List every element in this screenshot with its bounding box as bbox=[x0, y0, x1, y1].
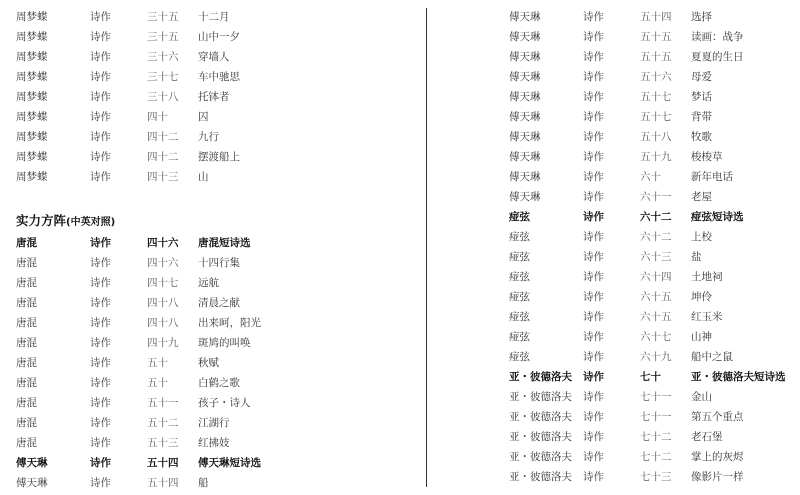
author-name: 傅天琳 bbox=[509, 187, 541, 207]
page-number: 五十一 bbox=[147, 393, 179, 413]
toc-entry: 亚・彼德洛夫诗作七十一第五个重点 bbox=[509, 407, 800, 427]
toc-entry: 痖弦诗作六十七山神 bbox=[509, 327, 800, 347]
toc-entry: 唐混诗作五十白鹤之歌 bbox=[16, 373, 416, 393]
page-number: 五十六 bbox=[640, 67, 672, 87]
entry-type: 诗作 bbox=[90, 293, 111, 313]
entry-title: 金山 bbox=[691, 387, 712, 407]
toc-entry: 痖弦诗作六十五坤伶 bbox=[509, 287, 800, 307]
toc-entry: 周梦蝶诗作四十二九行 bbox=[16, 127, 416, 147]
toc-entry: 唐混诗作四十八清晨之献 bbox=[16, 293, 416, 313]
page-number: 六十一 bbox=[640, 187, 672, 207]
entry-type: 诗作 bbox=[583, 307, 604, 327]
entry-title: 老石堡 bbox=[691, 427, 723, 447]
entry-type: 诗作 bbox=[90, 233, 111, 253]
page-number: 五十三 bbox=[147, 433, 179, 453]
toc-entry: 唐混诗作四十九斑鸠的叫唤 bbox=[16, 333, 416, 353]
entry-type: 诗作 bbox=[90, 253, 111, 273]
entry-type: 诗作 bbox=[583, 287, 604, 307]
toc-entry: 傅天琳诗作五十五夏夏的生日 bbox=[509, 47, 800, 67]
entry-type: 诗作 bbox=[583, 27, 604, 47]
page-number: 五十四 bbox=[147, 453, 179, 473]
entry-title: 江湖行 bbox=[198, 413, 230, 433]
entry-title: 上校 bbox=[691, 227, 712, 247]
toc-entry: 傅天琳诗作五十四选择 bbox=[509, 7, 800, 27]
page-number: 四十 bbox=[147, 107, 168, 127]
author-name: 周梦蝶 bbox=[16, 67, 48, 87]
toc-entry: 痖弦诗作六十五红玉米 bbox=[509, 307, 800, 327]
author-name: 唐混 bbox=[16, 353, 37, 373]
entry-type: 诗作 bbox=[583, 247, 604, 267]
entry-type: 诗作 bbox=[90, 413, 111, 433]
entry-type: 诗作 bbox=[583, 427, 604, 447]
entry-type: 诗作 bbox=[90, 127, 111, 147]
toc-group-strength-lineup: 唐混诗作四十六唐混短诗选唐混诗作四十六十四行集唐混诗作四十七远航唐混诗作四十八清… bbox=[16, 233, 416, 493]
entry-type: 诗作 bbox=[583, 407, 604, 427]
author-name: 唐混 bbox=[16, 253, 37, 273]
entry-title: 山神 bbox=[691, 327, 712, 347]
entry-title: 船 bbox=[198, 473, 209, 493]
page-number: 七十一 bbox=[640, 387, 672, 407]
author-name: 周梦蝶 bbox=[16, 47, 48, 67]
page-number: 六十三 bbox=[640, 247, 672, 267]
entry-type: 诗作 bbox=[90, 473, 111, 493]
section-heading: 实力方阵(中英对照) bbox=[16, 207, 416, 233]
toc-entry: 傅天琳诗作五十六母爱 bbox=[509, 67, 800, 87]
section-subtitle: (中英对照) bbox=[66, 217, 115, 228]
toc-entry: 周梦蝶诗作三十五十二月 bbox=[16, 7, 416, 27]
entry-title: 摆渡船上 bbox=[198, 147, 240, 167]
author-name: 唐混 bbox=[16, 273, 37, 293]
entry-title: 远航 bbox=[198, 273, 219, 293]
author-name: 亚・彼德洛夫 bbox=[509, 407, 572, 427]
author-name: 唐混 bbox=[16, 393, 37, 413]
toc-entry: 傅天琳诗作五十九梭梭草 bbox=[509, 147, 800, 167]
entry-title: 孩子・诗人 bbox=[198, 393, 251, 413]
entry-title: 痖弦短诗选 bbox=[691, 207, 744, 227]
toc-entry: 周梦蝶诗作三十八托钵者 bbox=[16, 87, 416, 107]
toc-entry: 亚・彼德洛夫诗作七十二掌上的灰烬 bbox=[509, 447, 800, 467]
entry-title: 船中之鼠 bbox=[691, 347, 733, 367]
author-name: 傅天琳 bbox=[509, 7, 541, 27]
entry-title: 山 bbox=[198, 167, 209, 187]
entry-type: 诗作 bbox=[90, 107, 111, 127]
entry-type: 诗作 bbox=[90, 373, 111, 393]
page-number: 五十四 bbox=[147, 473, 179, 493]
page-number: 五十 bbox=[147, 353, 168, 373]
entry-title: 车中驰思 bbox=[198, 67, 240, 87]
toc-entry-section-header: 傅天琳诗作五十四傅天琳短诗选 bbox=[16, 453, 416, 473]
toc-entry: 唐混诗作五十三红拂妓 bbox=[16, 433, 416, 453]
entry-type: 诗作 bbox=[583, 107, 604, 127]
entry-type: 诗作 bbox=[90, 167, 111, 187]
entry-title: 第五个重点 bbox=[691, 407, 744, 427]
page-number: 六十五 bbox=[640, 307, 672, 327]
entry-title: 新年电话 bbox=[691, 167, 733, 187]
page-number: 五十五 bbox=[640, 47, 672, 67]
entry-type: 诗作 bbox=[90, 333, 111, 353]
entry-title: 老屋 bbox=[691, 187, 712, 207]
toc-entry: 傅天琳诗作五十四船 bbox=[16, 473, 416, 493]
toc-entry: 周梦蝶诗作三十七车中驰思 bbox=[16, 67, 416, 87]
author-name: 痖弦 bbox=[509, 347, 530, 367]
entry-title: 十四行集 bbox=[198, 253, 240, 273]
entry-type: 诗作 bbox=[90, 147, 111, 167]
toc-entry: 傅天琳诗作六十一老屋 bbox=[509, 187, 800, 207]
toc-entry: 周梦蝶诗作三十五山中一夕 bbox=[16, 27, 416, 47]
author-name: 唐混 bbox=[16, 413, 37, 433]
page-number: 五十七 bbox=[640, 87, 672, 107]
author-name: 周梦蝶 bbox=[16, 127, 48, 147]
toc-entry: 痖弦诗作六十九船中之鼠 bbox=[509, 347, 800, 367]
toc-entry: 唐混诗作四十七远航 bbox=[16, 273, 416, 293]
author-name: 傅天琳 bbox=[509, 27, 541, 47]
entry-type: 诗作 bbox=[90, 273, 111, 293]
entry-type: 诗作 bbox=[90, 313, 111, 333]
author-name: 傅天琳 bbox=[16, 473, 48, 493]
entry-type: 诗作 bbox=[90, 433, 111, 453]
entry-title: 盐 bbox=[691, 247, 702, 267]
author-name: 傅天琳 bbox=[509, 47, 541, 67]
toc-entry: 周梦蝶诗作四十三山 bbox=[16, 167, 416, 187]
entry-title: 背带 bbox=[691, 107, 712, 127]
entry-title: 十二月 bbox=[198, 7, 230, 27]
toc-group-right: 傅天琳诗作五十四选择傅天琳诗作五十五读画：战争傅天琳诗作五十五夏夏的生日傅天琳诗… bbox=[509, 7, 800, 487]
author-name: 唐混 bbox=[16, 433, 37, 453]
section-title: 实力方阵 bbox=[16, 213, 66, 228]
entry-title: 唐混短诗选 bbox=[198, 233, 251, 253]
left-column: 周梦蝶诗作三十五十二月周梦蝶诗作三十五山中一夕周梦蝶诗作三十六穿墙人周梦蝶诗作三… bbox=[16, 7, 416, 493]
toc-entry: 亚・彼德洛夫诗作七十一金山 bbox=[509, 387, 800, 407]
toc-entry: 亚・彼德洛夫诗作七十二老石堡 bbox=[509, 427, 800, 447]
author-name: 周梦蝶 bbox=[16, 27, 48, 47]
entry-title: 红拂妓 bbox=[198, 433, 230, 453]
entry-type: 诗作 bbox=[583, 147, 604, 167]
entry-title: 夏夏的生日 bbox=[691, 47, 744, 67]
page-number: 四十六 bbox=[147, 253, 179, 273]
entry-type: 诗作 bbox=[90, 353, 111, 373]
spacer bbox=[16, 187, 416, 207]
page-number: 六十二 bbox=[640, 207, 672, 227]
entry-type: 诗作 bbox=[583, 267, 604, 287]
author-name: 亚・彼德洛夫 bbox=[509, 387, 572, 407]
entry-title: 清晨之献 bbox=[198, 293, 240, 313]
entry-type: 诗作 bbox=[583, 387, 604, 407]
author-name: 周梦蝶 bbox=[16, 147, 48, 167]
entry-type: 诗作 bbox=[583, 347, 604, 367]
page-number: 五十四 bbox=[640, 7, 672, 27]
toc-entry: 傅天琳诗作五十七背带 bbox=[509, 107, 800, 127]
entry-title: 梭梭草 bbox=[691, 147, 723, 167]
entry-type: 诗作 bbox=[583, 47, 604, 67]
toc-entry: 傅天琳诗作五十五读画：战争 bbox=[509, 27, 800, 47]
entry-type: 诗作 bbox=[90, 393, 111, 413]
page-number: 三十五 bbox=[147, 27, 179, 47]
entry-title: 秋赋 bbox=[198, 353, 219, 373]
author-name: 傅天琳 bbox=[509, 67, 541, 87]
entry-title: 斑鸠的叫唤 bbox=[198, 333, 251, 353]
entry-title: 白鹤之歌 bbox=[198, 373, 240, 393]
toc-entry: 唐混诗作五十一孩子・诗人 bbox=[16, 393, 416, 413]
toc-entry: 唐混诗作四十八出来呵，阳光 bbox=[16, 313, 416, 333]
entry-type: 诗作 bbox=[583, 67, 604, 87]
author-name: 亚・彼德洛夫 bbox=[509, 427, 572, 447]
entry-title: 囚 bbox=[198, 107, 209, 127]
entry-type: 诗作 bbox=[583, 327, 604, 347]
entry-title: 坤伶 bbox=[691, 287, 712, 307]
page-number: 五十七 bbox=[640, 107, 672, 127]
page-number: 三十六 bbox=[147, 47, 179, 67]
author-name: 唐混 bbox=[16, 293, 37, 313]
entry-type: 诗作 bbox=[583, 207, 604, 227]
entry-title: 牧歌 bbox=[691, 127, 712, 147]
author-name: 痖弦 bbox=[509, 327, 530, 347]
author-name: 痖弦 bbox=[509, 287, 530, 307]
page-number: 四十九 bbox=[147, 333, 179, 353]
entry-type: 诗作 bbox=[583, 187, 604, 207]
author-name: 傅天琳 bbox=[509, 127, 541, 147]
page-number: 四十八 bbox=[147, 293, 179, 313]
toc-entry: 唐混诗作五十秋赋 bbox=[16, 353, 416, 373]
page-number: 七十二 bbox=[640, 447, 672, 467]
entry-title: 掌上的灰烬 bbox=[691, 447, 744, 467]
entry-title: 母爱 bbox=[691, 67, 712, 87]
page-number: 七十二 bbox=[640, 427, 672, 447]
entry-title: 出来呵，阳光 bbox=[198, 313, 261, 333]
entry-type: 诗作 bbox=[583, 87, 604, 107]
author-name: 唐混 bbox=[16, 333, 37, 353]
page-number: 四十七 bbox=[147, 273, 179, 293]
author-name: 傅天琳 bbox=[509, 147, 541, 167]
author-name: 唐混 bbox=[16, 373, 37, 393]
toc-group-zhou-mengdie: 周梦蝶诗作三十五十二月周梦蝶诗作三十五山中一夕周梦蝶诗作三十六穿墙人周梦蝶诗作三… bbox=[16, 7, 416, 187]
entry-type: 诗作 bbox=[583, 447, 604, 467]
author-name: 痖弦 bbox=[509, 307, 530, 327]
entry-type: 诗作 bbox=[90, 87, 111, 107]
page-number: 六十七 bbox=[640, 327, 672, 347]
toc-entry-section-header: 痖弦诗作六十二痖弦短诗选 bbox=[509, 207, 800, 227]
page-number: 五十 bbox=[147, 373, 168, 393]
toc-entry: 痖弦诗作六十四土地祠 bbox=[509, 267, 800, 287]
author-name: 亚・彼德洛夫 bbox=[509, 367, 572, 387]
entry-title: 像影片一样 bbox=[691, 467, 744, 487]
page-number: 七十一 bbox=[640, 407, 672, 427]
toc-entry: 亚・彼德洛夫诗作七十三像影片一样 bbox=[509, 467, 800, 487]
entry-type: 诗作 bbox=[90, 47, 111, 67]
entry-type: 诗作 bbox=[90, 7, 111, 27]
author-name: 周梦蝶 bbox=[16, 7, 48, 27]
author-name: 傅天琳 bbox=[16, 453, 48, 473]
page-number: 四十二 bbox=[147, 147, 179, 167]
page-number: 七十 bbox=[640, 367, 661, 387]
entry-title: 读画：战争 bbox=[691, 27, 744, 47]
entry-title: 梦话 bbox=[691, 87, 712, 107]
author-name: 痖弦 bbox=[509, 227, 530, 247]
toc-entry: 周梦蝶诗作三十六穿墙人 bbox=[16, 47, 416, 67]
author-name: 傅天琳 bbox=[509, 87, 541, 107]
entry-title: 傅天琳短诗选 bbox=[198, 453, 261, 473]
author-name: 亚・彼德洛夫 bbox=[509, 467, 572, 487]
page-number: 六十九 bbox=[640, 347, 672, 367]
toc-entry-section-header: 亚・彼德洛夫诗作七十亚・彼德洛夫短诗选 bbox=[509, 367, 800, 387]
page-number: 四十六 bbox=[147, 233, 179, 253]
author-name: 周梦蝶 bbox=[16, 107, 48, 127]
entry-title: 山中一夕 bbox=[198, 27, 240, 47]
page-number: 三十八 bbox=[147, 87, 179, 107]
entry-title: 选择 bbox=[691, 7, 712, 27]
entry-type: 诗作 bbox=[583, 7, 604, 27]
author-name: 傅天琳 bbox=[509, 167, 541, 187]
entry-title: 土地祠 bbox=[691, 267, 723, 287]
entry-type: 诗作 bbox=[583, 467, 604, 487]
toc-entry: 周梦蝶诗作四十囚 bbox=[16, 107, 416, 127]
page-number: 五十九 bbox=[640, 147, 672, 167]
toc-entry: 痖弦诗作六十三盐 bbox=[509, 247, 800, 267]
right-column: 傅天琳诗作五十四选择傅天琳诗作五十五读画：战争傅天琳诗作五十五夏夏的生日傅天琳诗… bbox=[509, 7, 800, 487]
entry-title: 九行 bbox=[198, 127, 219, 147]
page-number: 五十八 bbox=[640, 127, 672, 147]
page-number: 三十五 bbox=[147, 7, 179, 27]
page-number: 五十五 bbox=[640, 27, 672, 47]
toc-entry: 唐混诗作四十六十四行集 bbox=[16, 253, 416, 273]
entry-type: 诗作 bbox=[583, 167, 604, 187]
author-name: 周梦蝶 bbox=[16, 167, 48, 187]
entry-type: 诗作 bbox=[583, 227, 604, 247]
entry-title: 托钵者 bbox=[198, 87, 230, 107]
column-divider bbox=[426, 8, 427, 487]
entry-type: 诗作 bbox=[90, 27, 111, 47]
page-number: 六十二 bbox=[640, 227, 672, 247]
page-number: 五十二 bbox=[147, 413, 179, 433]
entry-type: 诗作 bbox=[90, 67, 111, 87]
toc-entry: 傅天琳诗作六十新年电话 bbox=[509, 167, 800, 187]
toc-entry: 唐混诗作五十二江湖行 bbox=[16, 413, 416, 433]
author-name: 亚・彼德洛夫 bbox=[509, 447, 572, 467]
page-number: 四十二 bbox=[147, 127, 179, 147]
entry-type: 诗作 bbox=[583, 127, 604, 147]
entry-title: 红玉米 bbox=[691, 307, 723, 327]
toc-entry-section-header: 唐混诗作四十六唐混短诗选 bbox=[16, 233, 416, 253]
author-name: 痖弦 bbox=[509, 267, 530, 287]
toc-entry: 周梦蝶诗作四十二摆渡船上 bbox=[16, 147, 416, 167]
author-name: 唐混 bbox=[16, 313, 37, 333]
toc-entry: 傅天琳诗作五十七梦话 bbox=[509, 87, 800, 107]
author-name: 痖弦 bbox=[509, 247, 530, 267]
page-number: 四十三 bbox=[147, 167, 179, 187]
author-name: 周梦蝶 bbox=[16, 87, 48, 107]
page-number: 六十五 bbox=[640, 287, 672, 307]
author-name: 痖弦 bbox=[509, 207, 530, 227]
toc-entry: 痖弦诗作六十二上校 bbox=[509, 227, 800, 247]
entry-title: 亚・彼德洛夫短诗选 bbox=[691, 367, 786, 387]
page-number: 三十七 bbox=[147, 67, 179, 87]
entry-title: 穿墙人 bbox=[198, 47, 230, 67]
toc-entry: 傅天琳诗作五十八牧歌 bbox=[509, 127, 800, 147]
page-number: 六十 bbox=[640, 167, 661, 187]
page-number: 四十八 bbox=[147, 313, 179, 333]
author-name: 唐混 bbox=[16, 233, 37, 253]
entry-type: 诗作 bbox=[90, 453, 111, 473]
page-number: 六十四 bbox=[640, 267, 672, 287]
page-number: 七十三 bbox=[640, 467, 672, 487]
author-name: 傅天琳 bbox=[509, 107, 541, 127]
entry-type: 诗作 bbox=[583, 367, 604, 387]
